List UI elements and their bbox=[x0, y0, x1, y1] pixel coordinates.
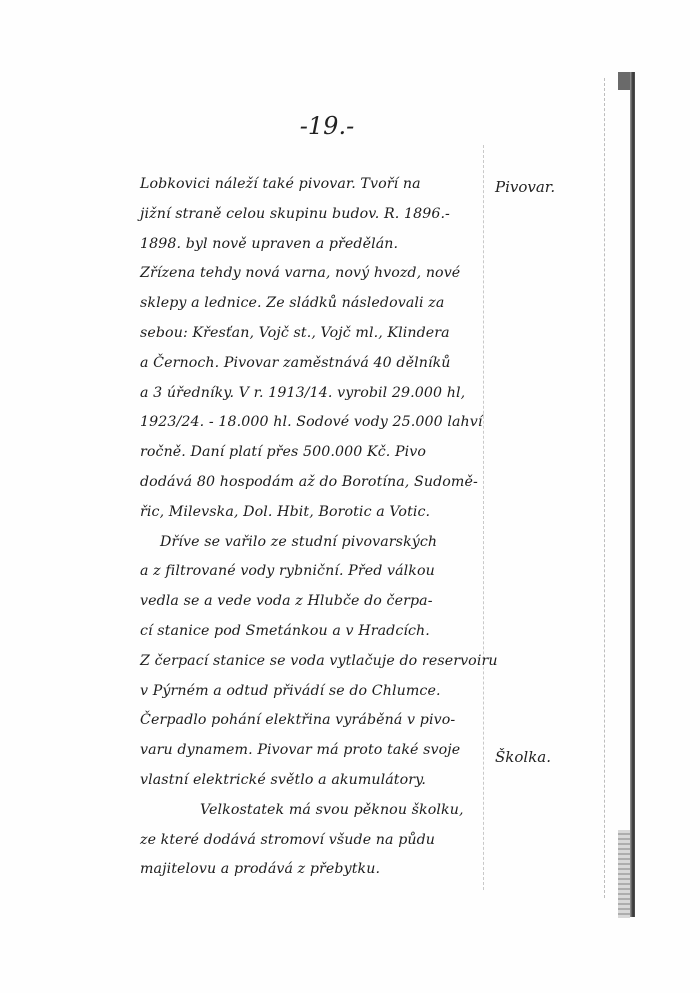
book-binding-edge bbox=[630, 72, 635, 917]
text-line: cí stanice pod Smetánkou a v Hradcích. bbox=[140, 617, 485, 647]
text-line: vedla se a vede voda z Hlubče do čerpa- bbox=[140, 587, 485, 617]
text-line: sebou: Křesťan, Vojč st., Vojč ml., Klin… bbox=[140, 319, 485, 349]
text-line: Čerpadlo pohání elektřina vyráběná v piv… bbox=[140, 706, 485, 736]
margin-note-skolka: Školka. bbox=[495, 748, 551, 766]
text-line: 1923/24. - 18.000 hl. Sodové vody 25.000… bbox=[140, 408, 485, 438]
text-line: jižní straně celou skupinu budov. R. 189… bbox=[140, 200, 485, 230]
text-line: ročně. Daní platí přes 500.000 Kč. Pivo bbox=[140, 438, 485, 468]
text-line: Zřízena tehdy nová varna, nový hvozd, no… bbox=[140, 259, 485, 289]
binding-stitching bbox=[618, 830, 630, 918]
text-line: řic, Milevska, Dol. Hbit, Borotic a Voti… bbox=[140, 498, 485, 528]
text-line: v Pýrném a odtud přivádí se do Chlumce. bbox=[140, 677, 485, 707]
page-edge-rule bbox=[604, 78, 605, 898]
chronicle-page: -19.- Lobkovici náleží také pivovar. Tvo… bbox=[0, 0, 700, 993]
text-line: dodává 80 hospodám až do Borotína, Sudom… bbox=[140, 468, 485, 498]
text-line: sklepy a lednice. Ze sládků následovali … bbox=[140, 289, 485, 319]
text-line: majitelovu a prodává z přebytku. bbox=[140, 855, 485, 885]
page-number: -19.- bbox=[282, 112, 372, 140]
handwritten-body-text: Lobkovici náleží také pivovar. Tvoří naj… bbox=[140, 170, 485, 885]
text-line: a 3 úředníky. V r. 1913/14. vyrobil 29.0… bbox=[140, 379, 485, 409]
text-line: a Černoch. Pivovar zaměstnává 40 dělníků bbox=[140, 349, 485, 379]
text-line: ze které dodává stromoví všude na půdu bbox=[140, 826, 485, 856]
text-line: Z čerpací stanice se voda vytlačuje do r… bbox=[140, 647, 485, 677]
text-line: 1898. byl nově upraven a předělán. bbox=[140, 230, 485, 260]
text-line: varu dynamem. Pivovar má proto také svoj… bbox=[140, 736, 485, 766]
margin-note-pivovar: Pivovar. bbox=[495, 178, 555, 196]
text-line: vlastní elektrické světlo a akumulátory. bbox=[140, 766, 485, 796]
text-line: Velkostatek má svou pěknou školku, bbox=[140, 796, 485, 826]
text-line: Lobkovici náleží také pivovar. Tvoří na bbox=[140, 170, 485, 200]
text-line: a z filtrované vody rybniční. Před válko… bbox=[140, 557, 485, 587]
text-line: Dříve se vařilo ze studní pivovarských bbox=[140, 528, 485, 558]
